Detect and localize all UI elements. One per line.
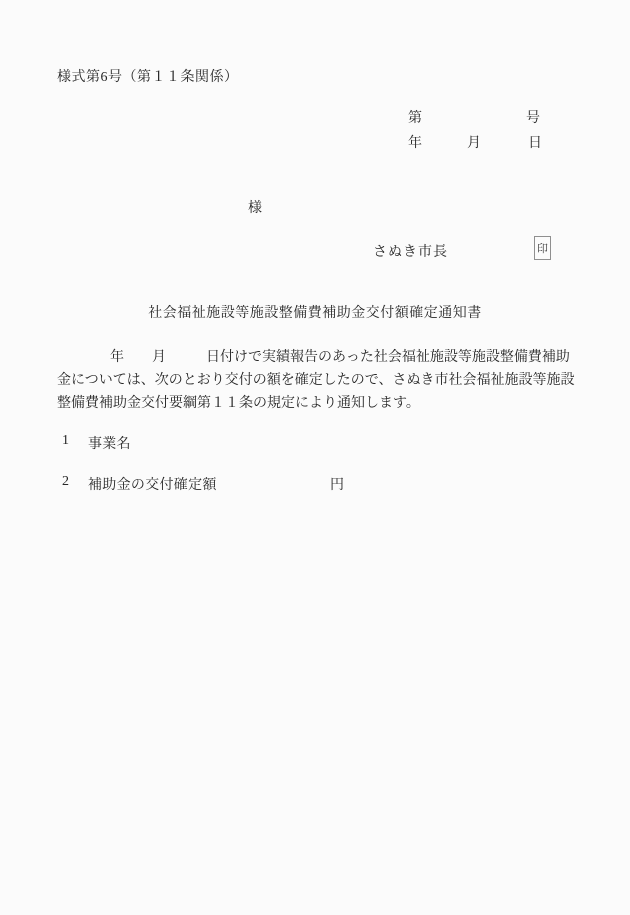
document-title: 社会福祉施設等施設整備費補助金交付額確定通知書 [0, 302, 630, 322]
item-number: 2 [62, 474, 69, 490]
body-line-2: 金については、次のとおり交付の額を確定したので、さぬき市社会福祉施設等施設 [57, 369, 577, 392]
item-row-business-name: 1 事業名 [0, 433, 630, 451]
currency-unit-label: 円 [330, 474, 344, 494]
day-label: 日 [528, 132, 542, 152]
body-year-label: 年 [110, 346, 124, 369]
issuer-name: さぬき市長 [373, 241, 448, 261]
doc-number-line: 第 号 [0, 107, 630, 125]
addressee-honorific: 様 [248, 197, 262, 217]
doc-number-suffix-label: 号 [526, 107, 540, 127]
seal-character: 印 [537, 240, 548, 256]
body-paragraph: 年月日付けで実績報告のあった社会福祉施設等施設整備費補助 金については、次のとお… [57, 346, 577, 415]
document-page: { "doc": { "form_number": "様式第6号（第１１条関係）… [0, 0, 630, 915]
body-line-1: 年月日付けで実績報告のあった社会福祉施設等施設整備費補助 [57, 346, 577, 369]
month-label: 月 [467, 132, 481, 152]
body-line-1-text: 日付けで実績報告のあった社会福祉施設等施設整備費補助 [206, 350, 570, 365]
item-label-grant-amount: 補助金の交付確定額 [88, 474, 217, 494]
form-number: 様式第6号（第１１条関係） [57, 66, 239, 86]
item-label-business-name: 事業名 [88, 433, 131, 453]
date-line: 年 月 日 [0, 132, 630, 150]
seal-stamp-box: 印 [534, 236, 551, 260]
body-line-3: 整備費補助金交付要綱第１１条の規定により通知します。 [57, 392, 577, 415]
doc-number-prefix-label: 第 [408, 107, 422, 127]
year-label: 年 [408, 132, 422, 152]
body-month-label: 月 [152, 346, 166, 369]
item-number: 1 [62, 433, 69, 449]
item-row-grant-amount: 2 補助金の交付確定額 円 [0, 474, 630, 492]
